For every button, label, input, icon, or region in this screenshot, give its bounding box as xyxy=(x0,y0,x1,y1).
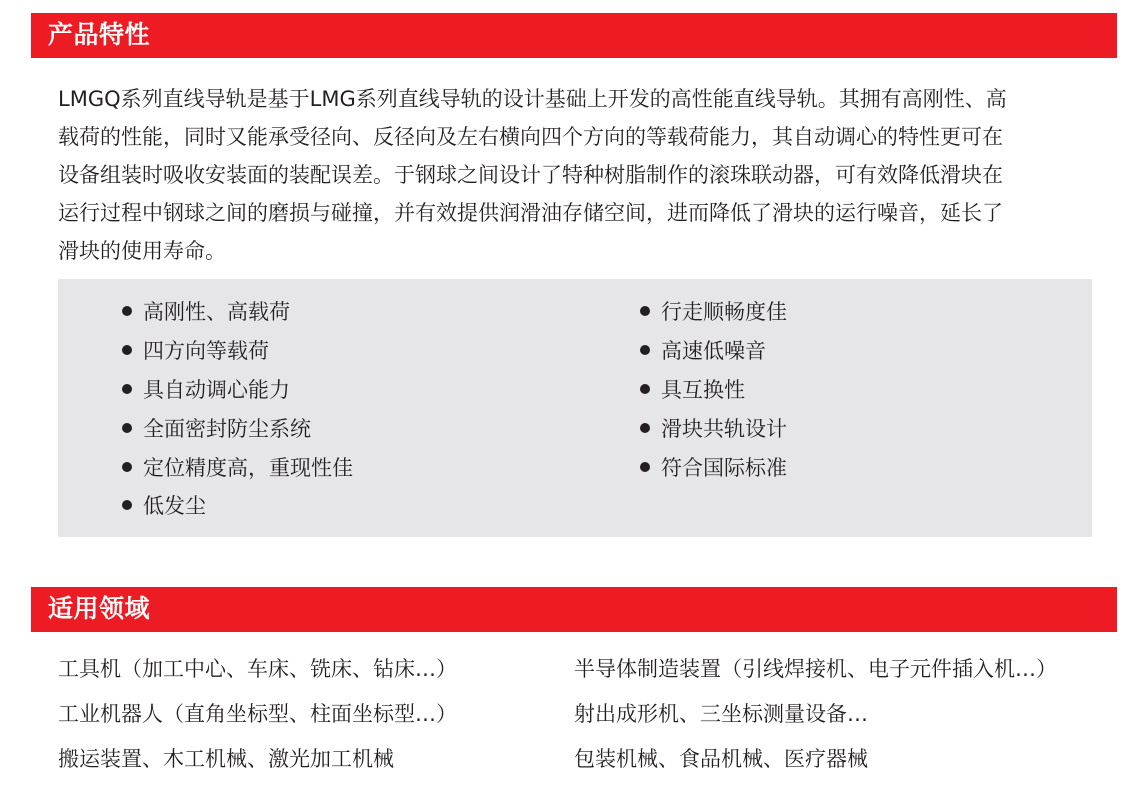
bullet-icon xyxy=(640,384,650,394)
bullet-icon xyxy=(640,306,650,316)
application-item: 工业机器人（直角坐标型、柱面坐标型…） xyxy=(58,695,457,740)
feature-item: 高刚性、高载荷 xyxy=(122,292,353,331)
bullet-icon xyxy=(122,384,132,394)
applications-header: 适用领域 xyxy=(31,587,1117,632)
bullet-icon xyxy=(640,423,650,433)
applications-list-right: 半导体制造装置（引线焊接机、电子元件插入机…） 射出成形机、三坐标测量设备… 包… xyxy=(574,650,1057,785)
intro-line: 滑块的使用寿命。 xyxy=(58,232,1098,270)
product-features-header: 产品特性 xyxy=(31,13,1117,58)
feature-label: 四方向等载荷 xyxy=(143,335,269,365)
applications-title: 适用领域 xyxy=(48,593,150,625)
feature-item: 定位精度高，重现性佳 xyxy=(122,447,353,486)
feature-label: 高刚性、高载荷 xyxy=(143,296,290,326)
application-item: 射出成形机、三坐标测量设备… xyxy=(574,695,1057,740)
intro-line: 载荷的性能，同时又能承受径向、反径向及左右横向四个方向的等载荷能力，其自动调心的… xyxy=(58,118,1098,156)
feature-item: 滑块共轨设计 xyxy=(640,408,787,447)
bullet-icon xyxy=(122,423,132,433)
intro-line: 运行过程中钢球之间的磨损与碰撞，并有效提供润滑油存储空间，进而降低了滑块的运行噪… xyxy=(58,194,1098,232)
application-item: 半导体制造装置（引线焊接机、电子元件插入机…） xyxy=(574,650,1057,695)
feature-label: 全面密封防尘系统 xyxy=(143,413,311,443)
applications-list-left: 工具机（加工中心、车床、铣床、钻床…） 工业机器人（直角坐标型、柱面坐标型…） … xyxy=(58,650,457,785)
application-item: 工具机（加工中心、车床、铣床、钻床…） xyxy=(58,650,457,695)
feature-item: 符合国际标准 xyxy=(640,447,787,486)
feature-label: 具自动调心能力 xyxy=(143,374,290,404)
feature-item: 行走顺畅度佳 xyxy=(640,292,787,331)
feature-item: 高速低噪音 xyxy=(640,331,787,370)
feature-label: 行走顺畅度佳 xyxy=(661,296,787,326)
bullet-icon xyxy=(122,345,132,355)
feature-list-left: 高刚性、高载荷 四方向等载荷 具自动调心能力 全面密封防尘系统 定位精度高，重现… xyxy=(122,292,353,525)
intro-line: LMGQ系列直线导轨是基于LMG系列直线导轨的设计基础上开发的高性能直线导轨。其… xyxy=(58,80,1098,118)
feature-label: 具互换性 xyxy=(661,374,745,404)
feature-item: 低发尘 xyxy=(122,486,353,525)
application-item: 搬运装置、木工机械、激光加工机械 xyxy=(58,740,457,785)
feature-list-right: 行走顺畅度佳 高速低噪音 具互换性 滑块共轨设计 符合国际标准 xyxy=(640,292,787,486)
feature-item: 四方向等载荷 xyxy=(122,331,353,370)
intro-line: 设备组装时吸收安装面的装配误差。于钢球之间设计了特种树脂制作的滚珠联动器，可有效… xyxy=(58,156,1098,194)
product-features-title: 产品特性 xyxy=(48,19,150,51)
bullet-icon xyxy=(122,500,132,510)
feature-label: 定位精度高，重现性佳 xyxy=(143,452,353,482)
bullet-icon xyxy=(640,345,650,355)
bullet-icon xyxy=(640,462,650,472)
product-intro-paragraph: LMGQ系列直线导轨是基于LMG系列直线导轨的设计基础上开发的高性能直线导轨。其… xyxy=(58,80,1098,270)
feature-item: 全面密封防尘系统 xyxy=(122,408,353,447)
bullet-icon xyxy=(122,462,132,472)
feature-label: 高速低噪音 xyxy=(661,335,766,365)
feature-item: 具自动调心能力 xyxy=(122,370,353,409)
bullet-icon xyxy=(122,306,132,316)
feature-label: 符合国际标准 xyxy=(661,452,787,482)
feature-list-box: 高刚性、高载荷 四方向等载荷 具自动调心能力 全面密封防尘系统 定位精度高，重现… xyxy=(58,279,1092,537)
feature-label: 低发尘 xyxy=(143,490,206,520)
feature-item: 具互换性 xyxy=(640,370,787,409)
application-item: 包装机械、食品机械、医疗器械 xyxy=(574,740,1057,785)
feature-label: 滑块共轨设计 xyxy=(661,413,787,443)
